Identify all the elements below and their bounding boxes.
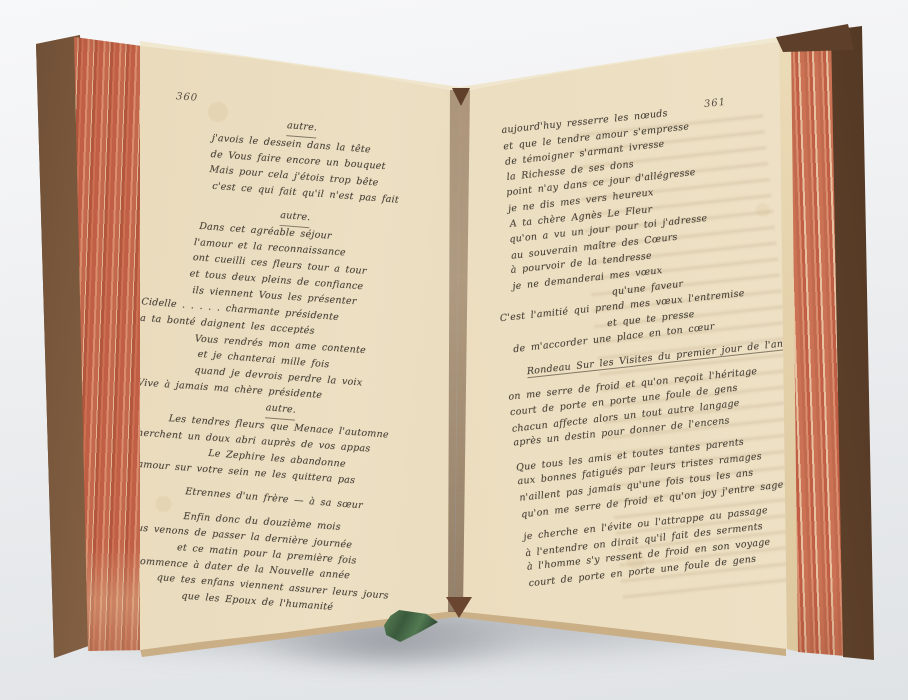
page-number-left: 360 [176,91,199,104]
manuscript-text-right: aujourd'huy resserre les nœudset que le … [479,94,828,592]
manuscript-text-left: autre.j'avois le dessein dans la têtede … [115,108,453,622]
manuscript-photograph: 360 autre.j'avois le dessein dans la têt… [0,0,908,700]
